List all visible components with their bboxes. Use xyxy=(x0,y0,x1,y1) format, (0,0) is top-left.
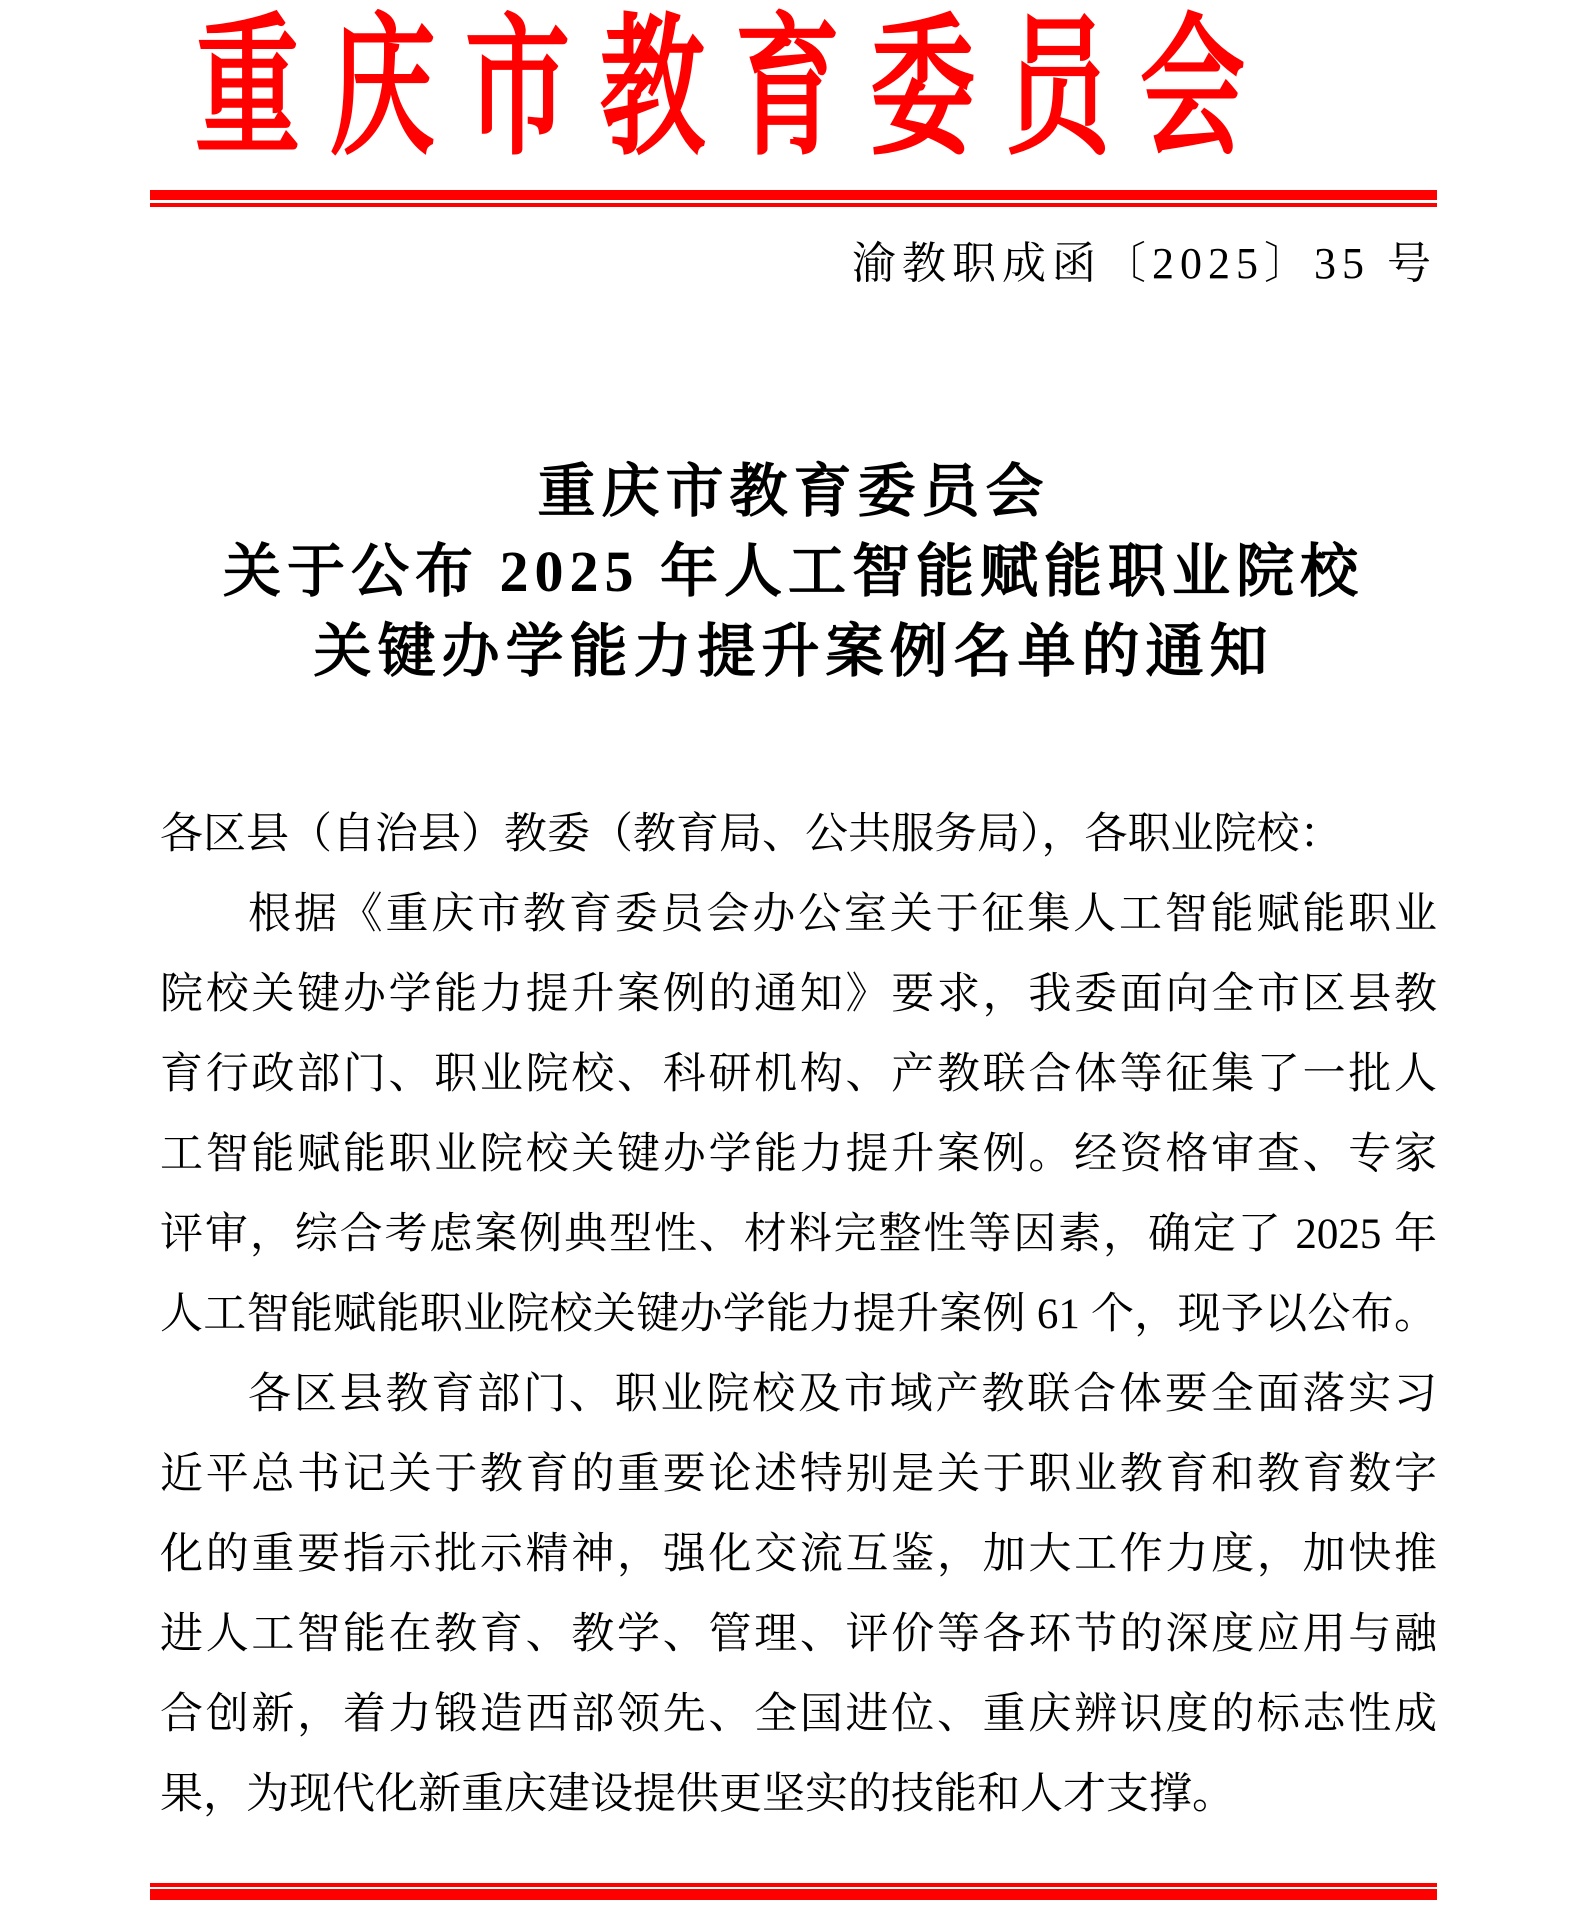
page-root: 重庆市教育委员会 渝教职成函〔2025〕35 号 重庆市教育委员会 关于公布 2… xyxy=(0,0,1587,1915)
body-line: 根据《重庆市教育委员会办公室关于征集人工智能赋能职业 xyxy=(160,875,1437,955)
salutation: 各区县（自治县）教委（教育局、公共服务局），各职业院校： xyxy=(160,795,1437,875)
body-line: 工智能赋能职业院校关键办学能力提升案例。经资格审查、专家 xyxy=(160,1115,1437,1195)
thick-rule-bottom xyxy=(150,1889,1437,1900)
body-text: 各区县（自治县）教委（教育局、公共服务局），各职业院校： 根据《重庆市教育委员会… xyxy=(160,795,1437,1835)
body-line: 化的重要指示批示精神，强化交流互鉴，加大工作力度，加快推 xyxy=(160,1515,1437,1595)
header-separator xyxy=(150,190,1437,207)
paragraph-2: 各区县教育部门、职业院校及市域产教联合体要全面落实习 近平总书记关于教育的重要论… xyxy=(160,1355,1437,1835)
body-line: 人工智能赋能职业院校关键办学能力提升案例 61 个，现予以公布。 xyxy=(160,1275,1437,1355)
body-line: 评审，综合考虑案例典型性、材料完整性等因素，确定了 2025 年 xyxy=(160,1195,1437,1275)
agency-banner: 重庆市教育委员会 xyxy=(195,0,1355,208)
body-line: 各区县教育部门、职业院校及市域产教联合体要全面落实习 xyxy=(160,1355,1437,1435)
body-line: 合创新，着力锻造西部领先、全国进位、重庆辨识度的标志性成 xyxy=(160,1675,1437,1755)
paragraph-1: 根据《重庆市教育委员会办公室关于征集人工智能赋能职业 院校关键办学能力提升案例的… xyxy=(160,875,1437,1355)
thick-rule-top xyxy=(150,190,1437,200)
title-line-3: 关键办学能力提升案例名单的通知 xyxy=(0,612,1587,692)
thin-rule-top xyxy=(150,203,1437,207)
footer-separator xyxy=(150,1883,1437,1900)
document-title-block: 重庆市教育委员会 关于公布 2025 年人工智能赋能职业院校 关键办学能力提升案… xyxy=(0,452,1587,692)
body-line: 近平总书记关于教育的重要论述特别是关于职业教育和教育数字 xyxy=(160,1435,1437,1515)
body-line: 院校关键办学能力提升案例的通知》要求，我委面向全市区县教 xyxy=(160,955,1437,1035)
body-line: 进人工智能在教育、教学、管理、评价等各环节的深度应用与融 xyxy=(160,1595,1437,1675)
body-line: 果，为现代化新重庆建设提供更坚实的技能和人才支撑。 xyxy=(160,1755,1437,1835)
title-line-2: 关于公布 2025 年人工智能赋能职业院校 xyxy=(0,532,1587,612)
doc-number: 渝教职成函〔2025〕35 号 xyxy=(852,238,1437,290)
title-line-1: 重庆市教育委员会 xyxy=(0,452,1587,532)
body-line: 育行政部门、职业院校、科研机构、产教联合体等征集了一批人 xyxy=(160,1035,1437,1115)
